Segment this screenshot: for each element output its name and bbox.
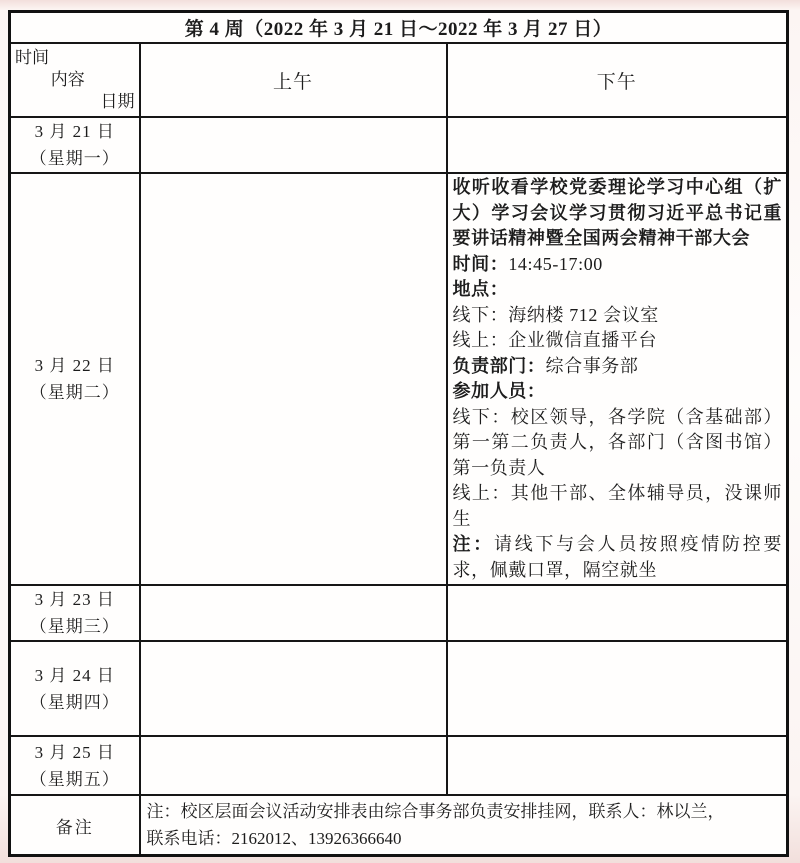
corner-content-label: 内容 bbox=[51, 69, 85, 91]
afternoon-column-header: 下午 bbox=[447, 43, 788, 117]
day-row: 3 月 24 日 （星期四） bbox=[10, 641, 788, 736]
event-paragraph: 地点： bbox=[453, 277, 783, 303]
event-label: 地点： bbox=[453, 279, 509, 299]
afternoon-cell bbox=[447, 736, 788, 795]
event-text: 线上：其他干部、全体辅导员，没课师生 bbox=[453, 483, 783, 529]
day-row: 3 月 25 日 （星期五） bbox=[10, 736, 788, 795]
date-cell: 3 月 25 日 （星期五） bbox=[10, 736, 140, 795]
morning-cell bbox=[140, 736, 447, 795]
morning-cell bbox=[140, 585, 447, 641]
morning-cell bbox=[140, 117, 447, 173]
event-paragraph: 注：请线下与会人员按照疫情防控要求，佩戴口罩，隔空就坐 bbox=[453, 532, 783, 583]
morning-column-header: 上午 bbox=[140, 43, 447, 117]
event-label: 时间： bbox=[453, 254, 509, 274]
date-cell: 3 月 23 日 （星期三） bbox=[10, 585, 140, 641]
corner-header-labels: 时间 内容 日期 bbox=[15, 47, 135, 113]
morning-cell bbox=[140, 173, 447, 585]
remark-text: 注：校区层面会议活动安排表由综合事务部负责安排挂网，联系人：林以兰， 联系电话：… bbox=[140, 795, 788, 856]
event-label: 参加人员： bbox=[453, 381, 546, 401]
week-title: 第 4 周（2022 年 3 月 21 日～2022 年 3 月 27 日） bbox=[10, 12, 788, 44]
day-rows: 3 月 21 日 （星期一）3 月 22 日 （星期二）收听收看学校党委理论学习… bbox=[10, 117, 788, 795]
date-cell: 3 月 24 日 （星期四） bbox=[10, 641, 140, 736]
event-text: 请线下与会人员按照疫情防控要求，佩戴口罩，隔空就坐 bbox=[453, 534, 783, 580]
day-row: 3 月 21 日 （星期一） bbox=[10, 117, 788, 173]
header-row: 时间 内容 日期 上午 下午 bbox=[10, 43, 788, 117]
event-text: 线下：海纳楼 712 会议室 bbox=[453, 305, 659, 325]
event-label: 收听收看学校党委理论学习中心组（扩大）学习会议学习贯彻习近平总书记重要讲话精神暨… bbox=[453, 177, 783, 248]
event-text: 综合事务部 bbox=[546, 356, 639, 376]
date-cell: 3 月 21 日 （星期一） bbox=[10, 117, 140, 173]
event-paragraph: 线下：校区领导，各学院（含基础部）第一第二负责人，各部门（含图书馆）第一负责人 bbox=[453, 405, 783, 482]
remark-row: 备注 注：校区层面会议活动安排表由综合事务部负责安排挂网，联系人：林以兰， 联系… bbox=[10, 795, 788, 856]
event-paragraph: 线下：海纳楼 712 会议室 bbox=[453, 303, 783, 329]
event-text: 线上：企业微信直播平台 bbox=[453, 330, 658, 350]
event-paragraph: 收听收看学校党委理论学习中心组（扩大）学习会议学习贯彻习近平总书记重要讲话精神暨… bbox=[453, 175, 783, 252]
document-photo: 第 4 周（2022 年 3 月 21 日～2022 年 3 月 27 日） 时… bbox=[0, 0, 800, 863]
afternoon-cell bbox=[447, 641, 788, 736]
afternoon-cell: 收听收看学校党委理论学习中心组（扩大）学习会议学习贯彻习近平总书记重要讲话精神暨… bbox=[447, 173, 788, 585]
title-row: 第 4 周（2022 年 3 月 21 日～2022 年 3 月 27 日） bbox=[10, 12, 788, 44]
event-text: 线下：校区领导，各学院（含基础部）第一第二负责人，各部门（含图书馆）第一负责人 bbox=[453, 407, 783, 478]
event-paragraph: 线上：其他干部、全体辅导员，没课师生 bbox=[453, 481, 783, 532]
date-cell: 3 月 22 日 （星期二） bbox=[10, 173, 140, 585]
corner-date-label: 日期 bbox=[101, 91, 135, 113]
event-paragraph: 时间：14:45-17:00 bbox=[453, 252, 783, 278]
event-paragraph: 参加人员： bbox=[453, 379, 783, 405]
day-row: 3 月 23 日 （星期三） bbox=[10, 585, 788, 641]
schedule-table: 第 4 周（2022 年 3 月 21 日～2022 年 3 月 27 日） 时… bbox=[8, 10, 789, 857]
event-label: 负责部门： bbox=[453, 356, 546, 376]
afternoon-cell bbox=[447, 117, 788, 173]
corner-time-label: 时间 bbox=[15, 47, 49, 69]
event-paragraph: 线上：企业微信直播平台 bbox=[453, 328, 783, 354]
event-label: 注： bbox=[453, 534, 494, 554]
morning-cell bbox=[140, 641, 447, 736]
remark-label: 备注 bbox=[10, 795, 140, 856]
day-row: 3 月 22 日 （星期二）收听收看学校党委理论学习中心组（扩大）学习会议学习贯… bbox=[10, 173, 788, 585]
afternoon-cell bbox=[447, 585, 788, 641]
event-text: 14:45-17:00 bbox=[508, 254, 603, 274]
event-paragraph: 负责部门：综合事务部 bbox=[453, 354, 783, 380]
corner-header-cell: 时间 内容 日期 bbox=[10, 43, 140, 117]
